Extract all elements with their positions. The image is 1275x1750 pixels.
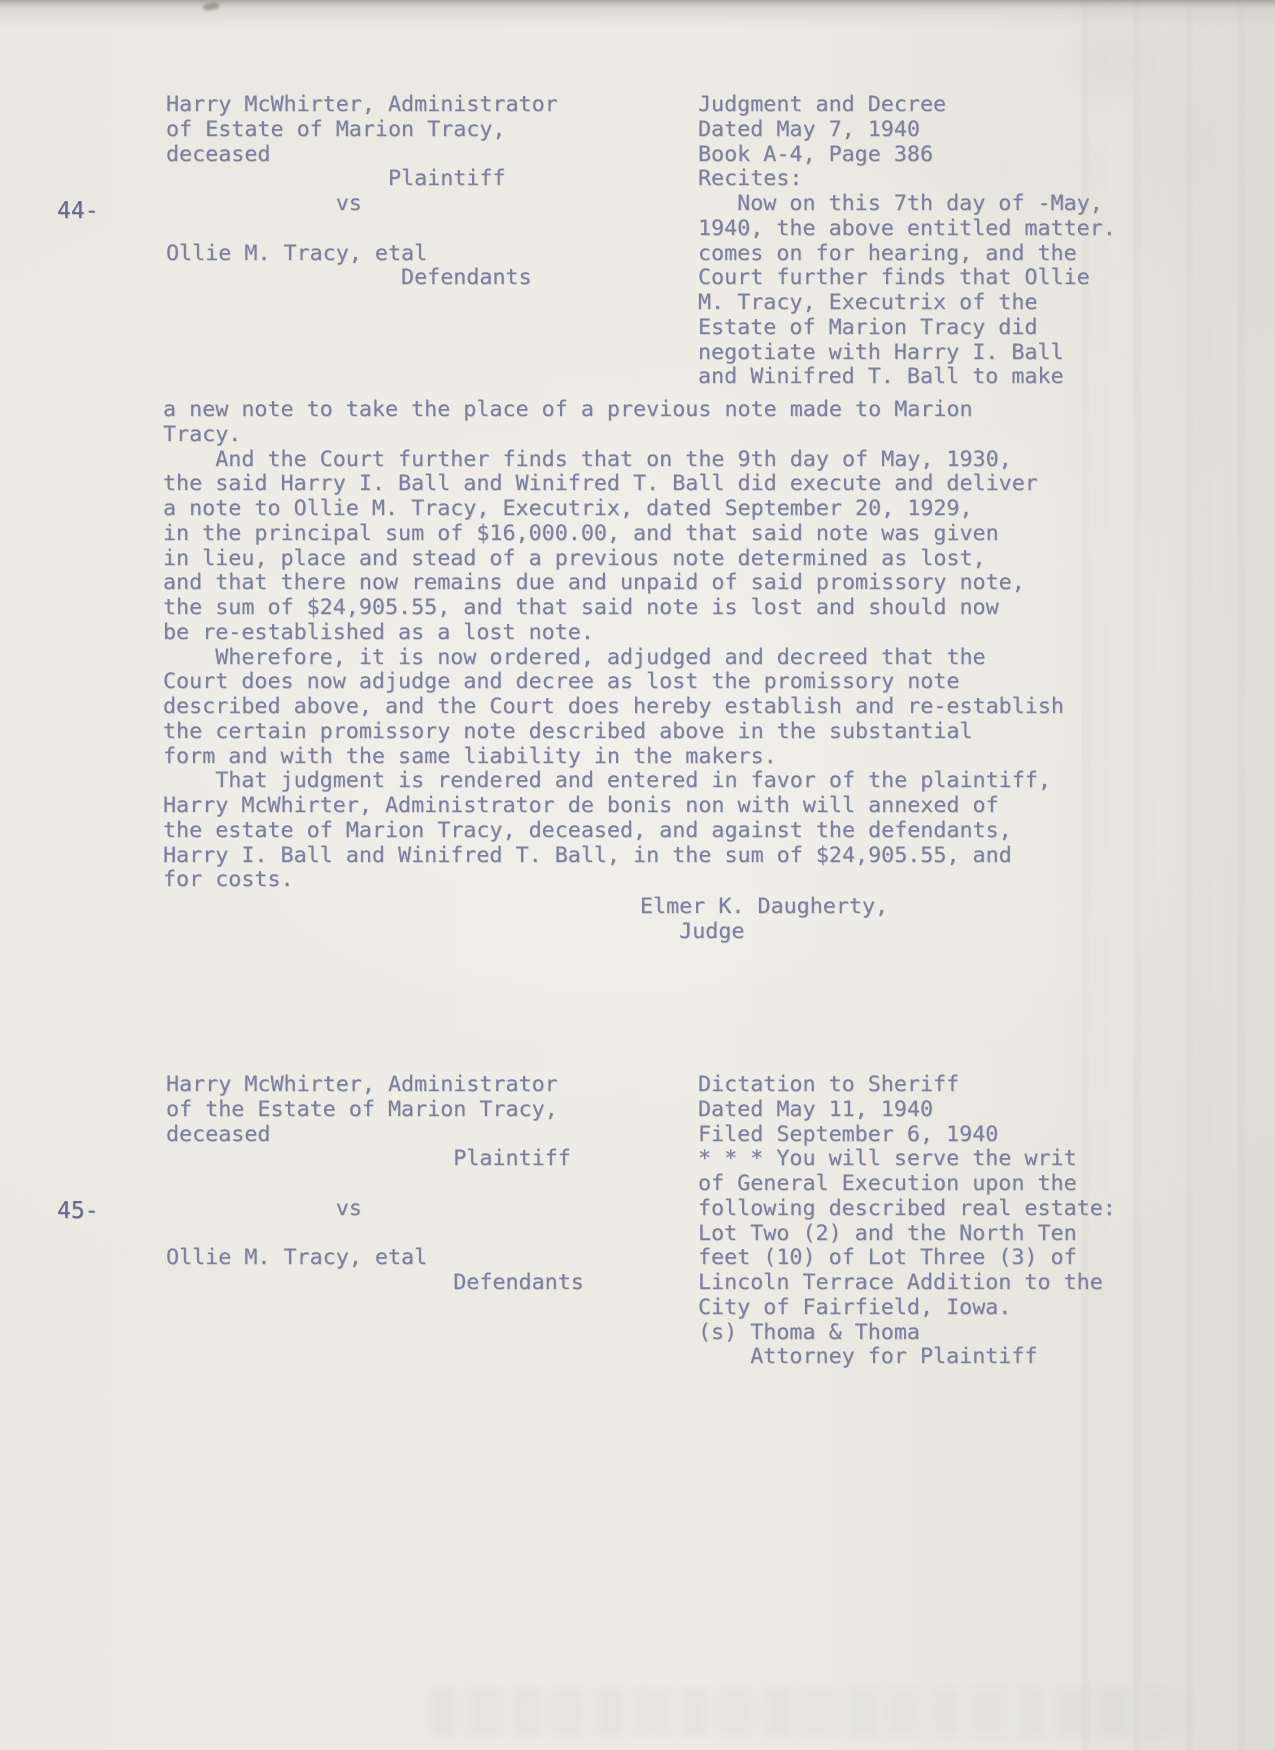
case-44-caption-record: Judgment and Decree Dated May 7, 1940 Bo… [698,93,1116,390]
case-45-caption-parties: Harry McWhirter, Administrator of the Es… [166,1073,584,1296]
case-45-caption-record: Dictation to Sheriff Dated May 11, 1940 … [698,1073,1116,1370]
pencil-mark [203,2,220,11]
case-44-decree-body: a new note to take the place of a previo… [163,398,1064,893]
case-number-44: 44- [57,198,99,225]
case-44-caption-parties: Harry McWhirter, Administrator of Estate… [166,93,558,291]
scan-top-edge [0,0,1275,30]
scanned-document-page: 44- Harry McWhirter, Administrator of Es… [0,0,1275,1750]
case-number-45: 45- [57,1198,99,1225]
watermark-ghost-text [430,1688,1190,1736]
case-44-judge-signature: Elmer K. Daugherty, Judge [640,895,888,945]
